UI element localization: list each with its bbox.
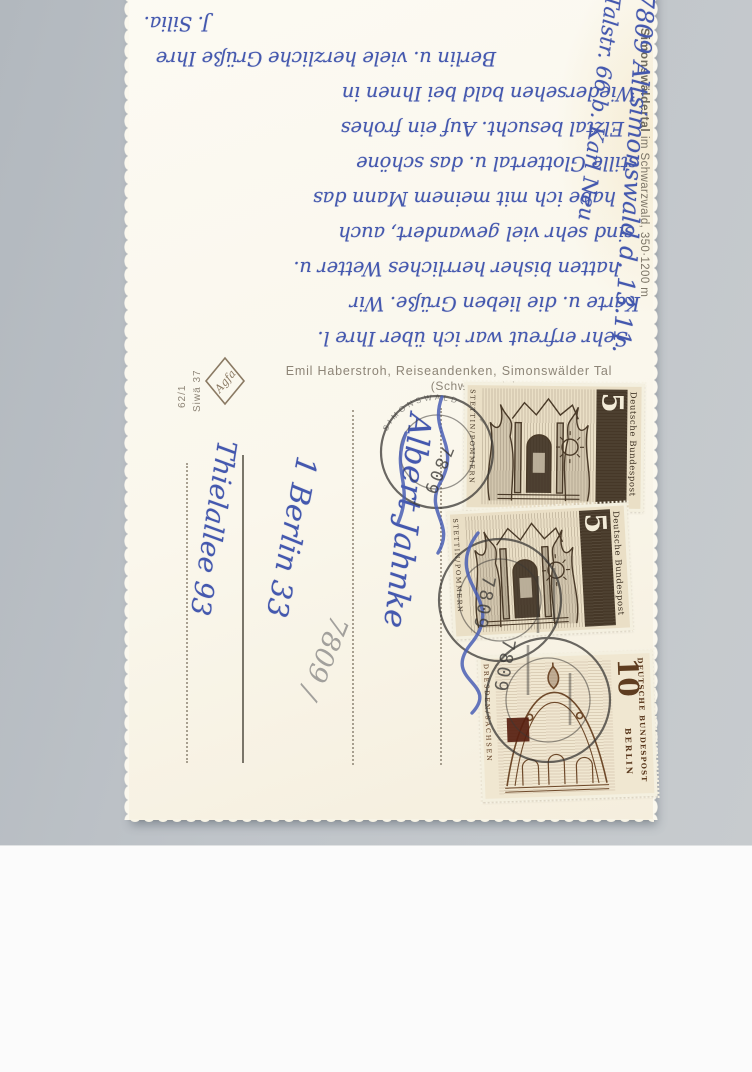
agfa-logo-icon: Agfa xyxy=(204,356,246,406)
message-line: habe ich mit meinem Mann das xyxy=(140,181,616,216)
postmark-town: SIMONSWALD xyxy=(381,393,461,433)
recipient-street: Thielallee 93 xyxy=(184,438,242,618)
message-signature: J. Silia. xyxy=(144,6,642,41)
recipient-city: 1 Berlin 33 xyxy=(259,454,324,621)
message-line: stille Glottertal u. das schöne xyxy=(140,146,638,181)
publisher-caption: Emil Haberstroh, Reiseandenken, Simonswä… xyxy=(271,364,627,378)
series-number: Siwä 37 xyxy=(192,369,203,412)
message-line: Karte u. die lieben Grüße. Wir xyxy=(140,286,640,321)
handwritten-message: Sehr erfreut war ich über Ihre l. Karte … xyxy=(140,4,642,356)
address-rule-line xyxy=(242,455,244,763)
order-number: 62/1 xyxy=(177,385,188,408)
deckled-edge-left xyxy=(123,0,129,820)
message-line: Sehr erfreut war ich über Ihre l. xyxy=(140,321,628,356)
message-line: hatten bisher herrliches Wetter u. xyxy=(140,251,620,286)
message-line: Wiedersehen bald bei Ihnen in xyxy=(140,76,636,111)
message-line: Elztal besucht. Auf ein frohes xyxy=(140,111,624,146)
postcard-back: Sehr erfreut war ich über Ihre l. Karte … xyxy=(128,0,654,820)
deckled-edge-bottom xyxy=(128,819,654,825)
svg-text:SIMONSWALD: SIMONSWALD xyxy=(381,393,461,433)
cancellation-dashes xyxy=(528,568,570,725)
message-line: Berlin u. viele herzliche Grüße Ihre xyxy=(156,41,642,76)
message-line: sind sehr viel gewandert, auch xyxy=(140,216,634,251)
